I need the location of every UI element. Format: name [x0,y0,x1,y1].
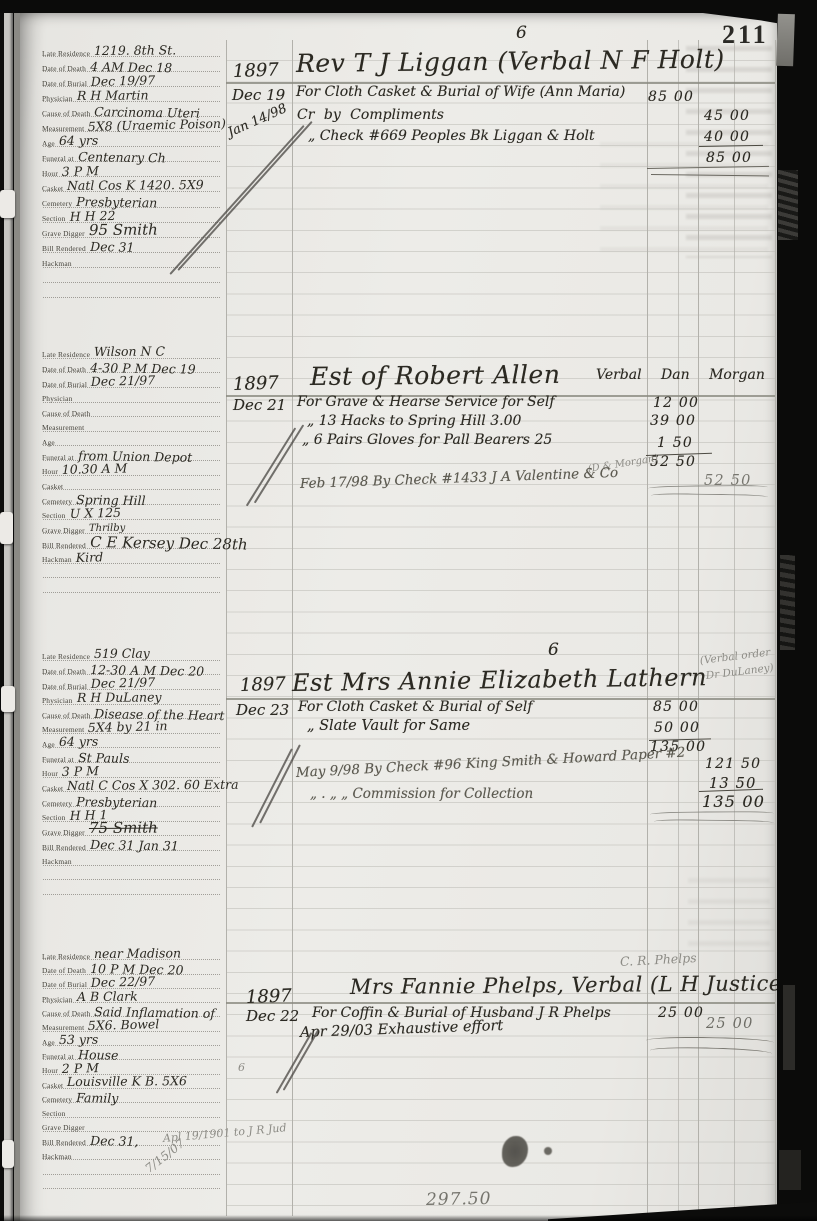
paper-tab [0,190,15,218]
entry-amount: 12 00 [653,396,699,411]
entry-date: Dec 23 [236,702,289,719]
form-value: Kird [75,551,103,564]
form-row: Age64 yrs [42,135,224,150]
page-edge-right [777,0,817,1221]
entry-line: Cr by Compliments [297,108,444,123]
form-value: 64 yrs [59,135,98,148]
entry-line: „ 13 Hacks to Spring Hill 3.00 [307,414,521,429]
footer-total-note: 297.50 [426,1190,492,1210]
form-value: 3 P M [62,165,99,178]
form-row: Measurement [42,420,224,435]
entry-amount: 40 00 [704,130,750,145]
entry-line: „ Slate Vault for Same [307,719,470,735]
entry-amount: 25 00 [658,1006,704,1021]
blank-form-row [42,1178,224,1192]
form-value: Wilson N C [94,346,165,359]
record-title: Est of Robert Allen [310,361,561,391]
entry-amount: 121 50 [705,757,761,772]
form-label: Cemetery [42,800,72,810]
record-header-rule [226,1002,775,1004]
form-value: 5X6. Bowel [88,1019,160,1033]
form-value: R H DuLaney [76,691,161,704]
page-edge-sliver [779,1150,801,1190]
form-label: Physician [42,95,73,105]
form-label: Cause of Death [42,1010,90,1020]
entry-date: Dec 22 [246,1008,299,1025]
form-label: Hour [42,170,58,180]
form-label: Bill Rendered [42,1139,86,1149]
form-label: Bill Rendered [42,245,86,255]
form-label: Section [42,215,66,225]
blank-form-row [42,869,224,884]
form-row: CemeteryFamily [42,1092,224,1106]
form-value: Dec 19/97 [91,74,156,88]
record-title: Rev T J Liggan (Verbal N F Holt) [296,46,725,78]
form-label: Date of Death [42,967,86,977]
form-row: Age64 yrs [42,737,224,752]
underlying-page-edge [4,0,13,1221]
form-row: Grave Digger95 Smith [42,226,224,241]
form-value: 75 Smith [89,821,158,836]
form-column: Late Residencenear Madison Date of Death… [42,949,224,1192]
entry-amount: 39 00 [650,414,696,429]
form-label: Hour [42,468,58,478]
form-value: Family [76,1092,118,1105]
form-row: Bill RenderedDec 31 Jan 31 [42,839,224,854]
blank-form-row [42,883,224,898]
scanned-ledger-photo: Late Residence1219. 8th St. Date of Deat… [0,0,817,1221]
form-row: Late Residence519 Clay [42,649,224,664]
entry-amount: 45 00 [704,109,750,124]
form-label: Section [42,512,66,522]
form-row: CasketNatl C Cos X 302. 60 Extra [42,781,224,796]
form-label: Late Residence [42,953,90,963]
entry-line: „ Check #669 Peoples Bk Liggan & Holt [308,129,595,144]
form-row: Cause of Death [42,406,224,421]
entry-amount: 1 50 [657,436,693,451]
entry-year: 1897 [233,373,279,394]
column-rule [292,40,293,1216]
form-value: 519 Clay [94,648,150,661]
form-label: Casket [42,785,63,795]
form-label: Cemetery [42,498,72,508]
form-label: Late Residence [42,653,90,663]
form-value: 95 Smith [89,222,158,237]
form-label: Casket [42,483,63,493]
flourish-mark: 6 [548,641,559,660]
blank-form-row [42,1163,224,1177]
form-row: SectionU X 125 [42,508,224,523]
entry-year: 1897 [246,986,292,1007]
form-value: A B Clark [76,990,137,1003]
blank-form-row [42,286,224,301]
form-row: Age53 yrs [42,1035,224,1049]
form-label: Late Residence [42,50,90,60]
blank-form-row [42,271,224,286]
total-amount: 135 00 [702,793,765,811]
form-label: Cause of Death [42,410,90,420]
form-row: Hackman [42,256,224,271]
form-label: Age [42,140,55,150]
form-label: Hour [42,1067,58,1077]
ink-dot [544,1147,552,1155]
page-edge-sliver [780,555,795,650]
form-row: CasketNatl Cos K 1420. 5X9 [42,180,224,195]
form-label: Age [42,1039,55,1049]
form-label: Cause of Death [42,712,90,722]
form-value: 3 P M [62,765,99,778]
form-value: Louisville K B. 5X6 [67,1076,187,1089]
form-label: Physician [42,395,73,405]
blank-form-row [42,581,224,596]
form-label: Cemetery [42,200,72,210]
entry-amount: 85 00 [648,90,694,105]
column-rule [775,40,776,1216]
form-label: Section [42,1110,66,1120]
record-title-note: Verbal Dan Morgan [596,368,765,383]
form-label: Grave Digger [42,1124,85,1134]
form-row: HackmanKird [42,552,224,567]
form-value: 1219. 8th St. [94,44,176,57]
form-label: Hour [42,770,58,780]
form-column: Late Residence1219. 8th St. Date of Deat… [42,45,224,301]
form-label: Age [42,439,55,449]
form-row: Date of BurialDec 21/97 [42,376,224,391]
form-label: Grave Digger [42,527,85,537]
form-value: Dec 31 [90,241,135,254]
form-row: Section [42,1106,224,1120]
form-label: Casket [42,1082,63,1092]
form-value: Dec 31 Jan 31 [90,839,179,853]
entry-date: Dec 21 [233,397,286,414]
form-row: Hackman [42,1149,224,1163]
form-column: Late ResidenceWilson N C Date of Death4-… [42,347,224,596]
total-amount: 85 00 [706,151,752,166]
record-title: Mrs Fannie Phelps, Verbal (L H Justice) [350,972,791,999]
form-column: Late Residence519 Clay Date of Death12-3… [42,649,224,898]
form-value: Dec 31, [90,1135,138,1148]
form-label: Grave Digger [42,230,85,240]
entry-date: Dec 19 [232,87,285,104]
form-value: R H Martin [76,89,148,102]
form-value: Natl Cos K 1420. 5X9 [67,179,204,192]
form-value: near Madison [94,947,181,960]
form-row: Hour10.30 A M [42,464,224,479]
form-row: Hackman [42,854,224,869]
page-number-stamp: 211 [722,22,769,48]
paper-tab [1,686,15,712]
page-edge-sliver [778,170,798,240]
blank-form-row [42,567,224,582]
form-label: Casket [42,185,63,195]
form-label: Hackman [42,556,72,566]
form-label: Late Residence [42,351,90,361]
paper-tab [2,1140,14,1168]
form-label: Section [42,814,66,824]
form-value: Dec 21/97 [91,375,156,389]
form-value: U X 125 [69,507,121,521]
entry-line: For Cloth Casket & Burial of Wife (Ann M… [296,85,625,100]
form-row: CasketLouisville K B. 5X6 [42,1078,224,1092]
form-row: PhysicianR H DuLaney [42,693,224,708]
entry-line: For Grave & Hearse Service for Self [297,395,555,410]
entry-amount: 85 00 [653,700,699,715]
form-label: Grave Digger [42,829,85,839]
entry-line: „ . „ „ Commission for Collection [310,787,533,802]
form-value: 5X8 (Uraemic Poison) [88,117,226,133]
form-label: Measurement [42,424,84,434]
form-label: Physician [42,697,73,707]
form-row: Late Residence1219. 8th St. [42,45,224,60]
flourish-mark: 6 [238,1062,245,1074]
entry-line: For Cloth Casket & Burial of Self [298,700,533,715]
binding-crease [14,0,20,1221]
entry-year: 1897 [233,60,279,81]
entry-line: „ 6 Pairs Gloves for Pall Bearers 25 [302,433,552,448]
form-row: Age [42,435,224,450]
entry-amount: 50 00 [654,721,700,736]
form-row: Physician [42,391,224,406]
form-label: Cause of Death [42,110,90,120]
form-label: Physician [42,996,73,1006]
form-label: Age [42,741,55,751]
form-label: Date of Burial [42,381,87,391]
form-value: 5X4 by 21 in [88,720,168,734]
form-value: 64 yrs [59,736,98,749]
form-label: Date of Death [42,65,86,75]
form-label: Bill Rendered [42,844,86,854]
form-label: Cemetery [42,1096,72,1106]
form-row: PhysicianR H Martin [42,90,224,105]
form-row: Bill RenderedC E Kersey Dec 28th [42,537,224,552]
page-edge-left [0,0,20,1221]
flourish-mark: 6 [516,24,527,43]
form-value: Natl C Cos X 302. 60 Extra [67,779,239,793]
page-edge-sliver [776,14,795,67]
record-title: Est Mrs Annie Elizabeth Lathern [292,664,707,696]
form-value: C E Kersey Dec 28th [90,535,248,552]
page-edge-sliver [783,985,795,1070]
photo-top-border [0,0,817,13]
form-value: 10.30 A M [62,463,128,477]
form-row: Late ResidenceWilson N C [42,347,224,362]
form-label: Date of Death [42,366,86,376]
entry-year: 1897 [240,674,286,695]
form-label: Hackman [42,1153,72,1163]
form-label: Date of Death [42,668,86,678]
form-label: Hackman [42,858,72,868]
form-label: Hackman [42,260,72,270]
entry-amount: 25 00 [706,1017,754,1033]
paper-tab [0,512,13,544]
form-value: 53 yrs [59,1033,98,1046]
form-row: Casket [42,479,224,494]
